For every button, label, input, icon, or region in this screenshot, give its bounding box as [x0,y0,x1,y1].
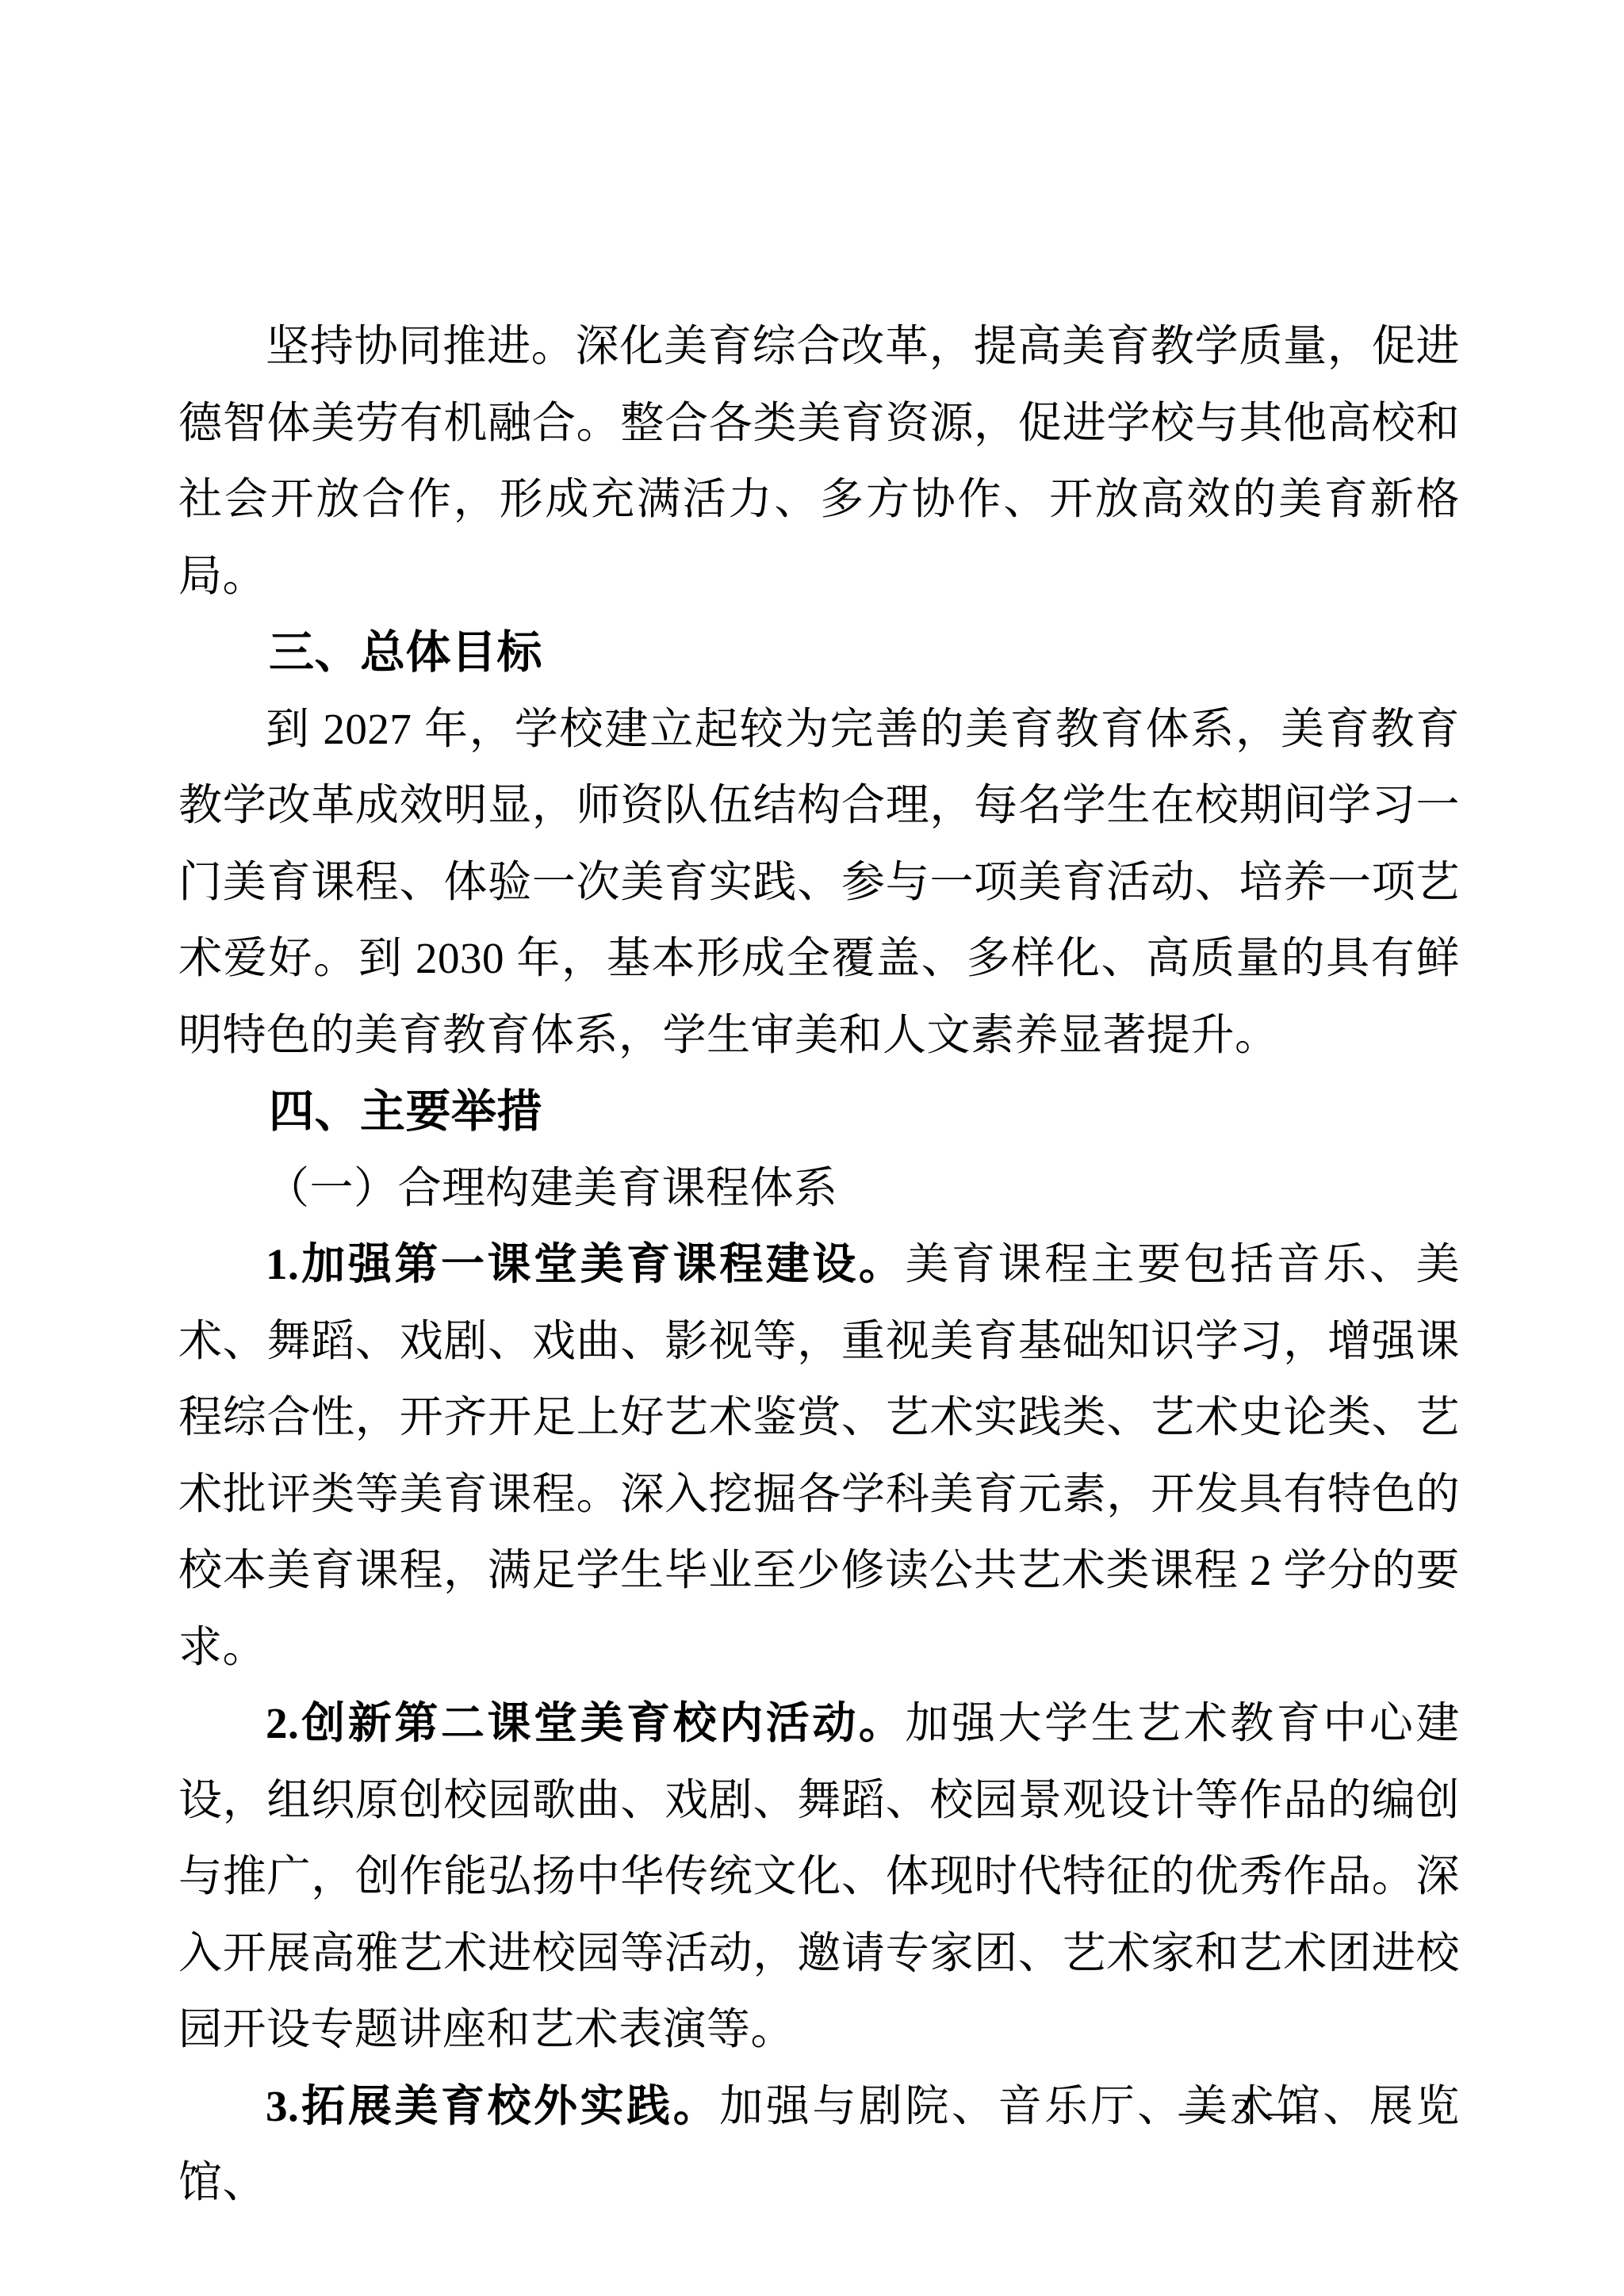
item-1-lead: 1.加强第一课堂美育课程建设。 [266,1240,905,1288]
document-page: 坚持协同推进。深化美育综合改革，提高美育教学质量，促进德智体美劳有机融合。整合各… [0,0,1624,2296]
subheading-curriculum-system: （一）合理构建美育课程体系 [178,1150,1460,1227]
heading-overall-goals: 三、总体目标 [178,614,1460,691]
paragraph-coordination-principle: 坚持协同推进。深化美育综合改革，提高美育教学质量，促进德智体美劳有机融合。整合各… [178,308,1460,614]
paragraph-item-1: 1.加强第一课堂美育课程建设。美育课程主要包括音乐、美术、舞蹈、戏剧、戏曲、影视… [178,1226,1460,1686]
item-2-body: 加强大学生艺术教育中心建设，组织原创校园歌曲、戏剧、舞蹈、校园景观设计等作品的编… [178,1699,1460,2053]
paragraph-goals-2027-2030: 到 2027 年，学校建立起较为完善的美育教育体系，美育教育教学改革成效明显，师… [178,691,1460,1074]
page-number: — 3 — [1179,2090,1308,2132]
paragraph-item-2: 2.创新第二课堂美育校内活动。加强大学生艺术教育中心建设，组织原创校园歌曲、戏剧… [178,1686,1460,2068]
document-text-block: 坚持协同推进。深化美育综合改革，提高美育教学质量，促进德智体美劳有机融合。整合各… [178,308,1460,2221]
item-3-lead: 3.拓展美育校外实践。 [266,2082,719,2130]
heading-main-measures: 四、主要举措 [178,1073,1460,1150]
item-2-lead: 2.创新第二课堂美育校内活动。 [266,1699,905,1747]
item-1-body: 美育课程主要包括音乐、美术、舞蹈、戏剧、戏曲、影视等，重视美育基础知识学习，增强… [178,1240,1460,1671]
